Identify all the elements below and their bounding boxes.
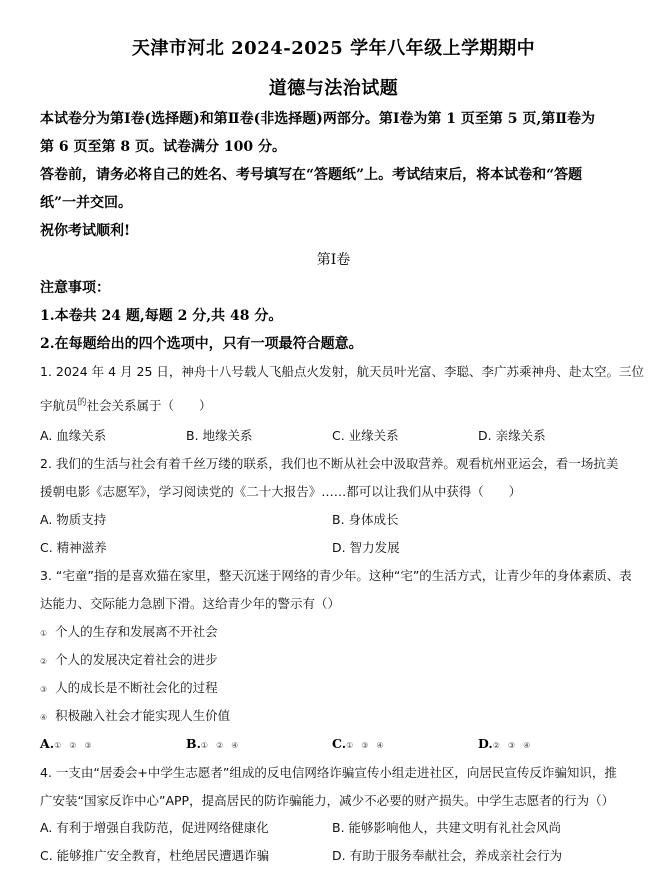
statement-1: ① 个人的生存和发展离不开社会 bbox=[40, 622, 218, 640]
statement-text: 人的成长是不断社会化的过程 bbox=[55, 680, 218, 695]
statement-marker: ④ bbox=[40, 713, 47, 722]
statement-marker: ① bbox=[40, 629, 47, 638]
option-a[interactable]: A. 血缘关系 bbox=[40, 426, 106, 444]
option-b[interactable]: B. 能够影响他人，共建文明有礼社会风尚 bbox=[332, 818, 561, 836]
question-text: 达能力、交际能力急剧下滑。这给青少年的警示有（） bbox=[40, 594, 340, 612]
option-letter: C. bbox=[332, 736, 346, 751]
option-b[interactable]: B. 身体成长 bbox=[332, 510, 399, 528]
statement-3: ③ 人的成长是不断社会化的过程 bbox=[40, 678, 218, 696]
question-text-part: 宇航员 bbox=[40, 398, 78, 413]
statement-marker: ② bbox=[40, 657, 47, 666]
intro-line: 本试卷分为第Ⅰ卷(选择题)和第Ⅱ卷(非选择题)两部分。第Ⅰ卷为第 1 页至第 5… bbox=[40, 108, 595, 128]
option-marks: ② ③ ④ bbox=[493, 741, 531, 750]
option-marks: ① ② ③ bbox=[54, 741, 92, 750]
option-c[interactable]: C. 业缘关系 bbox=[332, 426, 399, 444]
option-c[interactable]: C. 能够推广安全教育，杜绝居民遭遇诈骗 bbox=[40, 846, 269, 864]
option-a[interactable]: A. 有利于增强自我防范，促进网络健康化 bbox=[40, 818, 269, 836]
question-text: 援朝电影《志愿军》，学习阅读党的《二十大报告》……都可以让我们从中获得（ ） bbox=[40, 482, 521, 500]
exam-subtitle: 道德与法治试题 bbox=[0, 74, 667, 100]
question-text-part: 社会关系属于（ ） bbox=[87, 398, 212, 413]
option-d[interactable]: D. 有助于服务奉献社会，养成亲社会行为 bbox=[332, 846, 562, 864]
option-letter: D. bbox=[478, 736, 493, 751]
question-text: 广安装“国家反诈中心”APP，提高居民的防诈骗能力，减少不必要的财产损失。中学生… bbox=[40, 791, 614, 809]
intro-line: 纸”一并交回。 bbox=[40, 192, 132, 212]
section-heading: 第Ⅰ卷 bbox=[0, 249, 667, 269]
option-d[interactable]: D. 亲缘关系 bbox=[478, 426, 546, 444]
option-letter: B. bbox=[186, 736, 201, 751]
option-marks: ① ② ④ bbox=[201, 741, 239, 750]
intro-line: 第 6 页至第 8 页。试卷满分 100 分。 bbox=[40, 136, 286, 156]
notes-title: 注意事项： bbox=[40, 277, 110, 297]
statement-4: ④ 积极融入社会才能实现人生价值 bbox=[40, 706, 230, 724]
good-luck-text: 祝你考试顺利! bbox=[40, 220, 130, 240]
statement-text: 积极融入社会才能实现人生价值 bbox=[55, 708, 230, 723]
question-text: 4. 一支由“居委会+中学生志愿者”组成的反电信网络诈骗宣传小组走进社区，向居民… bbox=[40, 763, 617, 781]
superscript-char: 的 bbox=[78, 398, 87, 408]
question-text: 宇航员的社会关系属于（ ） bbox=[40, 395, 212, 414]
option-b[interactable]: B. 地缘关系 bbox=[186, 426, 253, 444]
option-a[interactable]: A.① ② ③ bbox=[40, 735, 92, 753]
option-a[interactable]: A. 物质支持 bbox=[40, 510, 106, 528]
intro-line: 答卷前，请务必将自己的姓名、考号填写在“答题纸”上。考试结束后，将本试卷和“答题 bbox=[40, 164, 582, 184]
question-text: 2. 我们的生活与社会有着千丝万缕的联系，我们也不断从社会中汲取营养。观看杭州亚… bbox=[40, 454, 618, 472]
note-item: 1.本卷共 24 题,每题 2 分,共 48 分。 bbox=[40, 305, 282, 325]
note-item: 2.在每题给出的四个选项中，只有一项最符合题意。 bbox=[40, 333, 363, 353]
option-d[interactable]: D. 智力发展 bbox=[332, 538, 400, 556]
option-c[interactable]: C.① ③ ④ bbox=[332, 735, 384, 753]
question-text: 3. “宅童”指的是喜欢猫在家里，整天沉迷于网络的青少年。这种“宅”的生活方式，… bbox=[40, 566, 632, 584]
option-letter: A. bbox=[40, 736, 54, 751]
statement-text: 个人的生存和发展离不开社会 bbox=[55, 624, 218, 639]
option-c[interactable]: C. 精神滋养 bbox=[40, 538, 107, 556]
option-b[interactable]: B.① ② ④ bbox=[186, 735, 238, 753]
statement-2: ② 个人的发展决定着社会的进步 bbox=[40, 650, 218, 668]
statement-text: 个人的发展决定着社会的进步 bbox=[55, 652, 218, 667]
option-d[interactable]: D.② ③ ④ bbox=[478, 735, 530, 753]
option-marks: ① ③ ④ bbox=[346, 741, 384, 750]
question-text: 1. 2024 年 4 月 25 日，神舟十八号载人飞船点火发射，航天员叶光富、… bbox=[40, 362, 644, 380]
statement-marker: ③ bbox=[40, 685, 47, 694]
exam-title: 天津市河北 2024-2025 学年八年级上学期期中 bbox=[0, 34, 667, 60]
